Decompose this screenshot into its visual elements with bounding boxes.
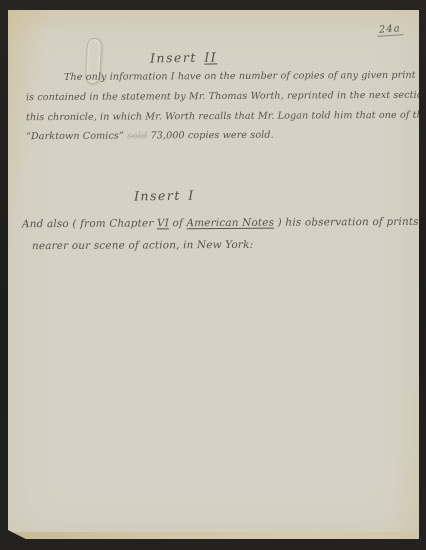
paragraph-insert-1: And also ( from Chapter VI of American N… [22,217,422,261]
handwritten-text-segment: is contained in the statement by Mr. Tho… [26,89,426,103]
section-heading-insert-2: Insert II [150,49,217,65]
handwritten-text-segment: Insert [150,50,205,66]
manuscript-page: 24a Insert II The only information I hav… [8,10,419,539]
handwritten-text-segment: Insert I [134,187,195,203]
handwritten-text-segment: sold [127,131,147,142]
handwritten-text-segment: of [169,217,187,229]
handwritten-line: “Darktown Comics” sold 73,000 copies wer… [26,129,418,151]
handwritten-text-segment: nearer our scene of action, in New York: [32,239,253,252]
paragraph-insert-2: The only information I have on the numbe… [26,71,418,150]
handwritten-text-segment: And also ( from Chapter [22,217,157,230]
handwritten-text-segment: “Darktown Comics” [26,131,127,143]
handwritten-line: The only information I have on the numbe… [26,70,418,92]
handwritten-line: nearer our scene of action, in New York: [22,238,422,262]
handwritten-text-segment: The only information I have on the numbe… [64,70,426,83]
section-heading-insert-1: Insert I [134,187,195,203]
handwritten-text-segment: American Notes [186,217,274,230]
handwritten-line: is contained in the statement by Mr. Tho… [26,90,418,112]
handwritten-text-segment: this chronicle, in which Mr. Worth recal… [26,109,426,122]
handwritten-text-segment: ) his observation of prints, [274,216,422,229]
handwritten-text-segment: II [204,49,217,64]
handwritten-text-segment: 73,000 copies were sold. [147,130,273,142]
page-number: 24a [377,23,403,37]
handwritten-text-segment: VI [157,217,169,229]
photo-background: 24a Insert II The only information I hav… [0,0,426,550]
handwritten-line: And also ( from Chapter VI of American N… [22,216,422,240]
